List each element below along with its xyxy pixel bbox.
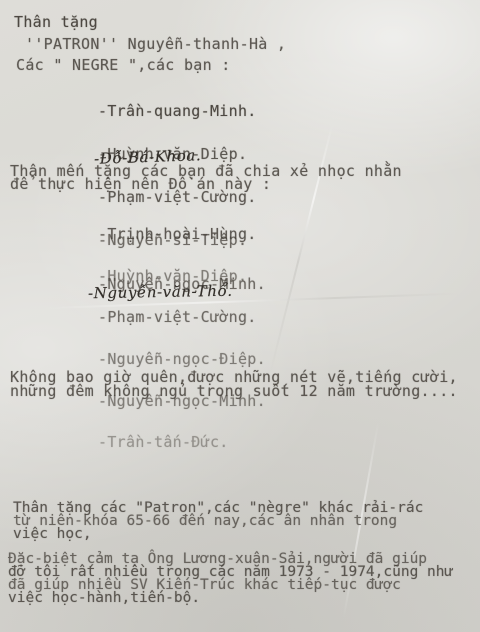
dedication-title: Thân tặng: [14, 16, 98, 30]
memory-line2: những đêm không ngủ trong suốt 12 năm tr…: [10, 385, 458, 399]
list-item: -Huỳnh-văn-Diệp.: [98, 270, 266, 284]
negre-line: Các " NEGRE ",các bạn :: [16, 59, 231, 73]
dedication2-line2: để thực hiện nên Đồ án này :: [10, 178, 271, 192]
patron-line: ''PATRON'' Nguyễn-thanh-Hà ,: [25, 38, 286, 52]
list-item: -Nguyễn-ngọc-Điệp.: [98, 353, 266, 367]
list-item: -Trần-tấn-Đức.: [98, 436, 266, 450]
list-item: -Trịnh-hoài-Hùng.: [98, 228, 266, 242]
list-item: -Phạm-việt-Cường.: [98, 311, 266, 325]
thanks2-line4: việc học-hành,tiến-bộ.: [8, 592, 200, 606]
name-list-2: -Trịnh-hoài-Hùng. -Huỳnh-văn-Diệp. -Phạm…: [98, 200, 266, 478]
list-item: -Trần-quang-Minh.: [98, 104, 266, 118]
handwritten-name-2: -Nguyễn-văn-Thổ.: [88, 282, 233, 303]
thanks1-line3: việc học,: [13, 528, 92, 542]
scanned-document-page: Thân tặng ''PATRON'' Nguyễn-thanh-Hà , C…: [0, 0, 480, 632]
